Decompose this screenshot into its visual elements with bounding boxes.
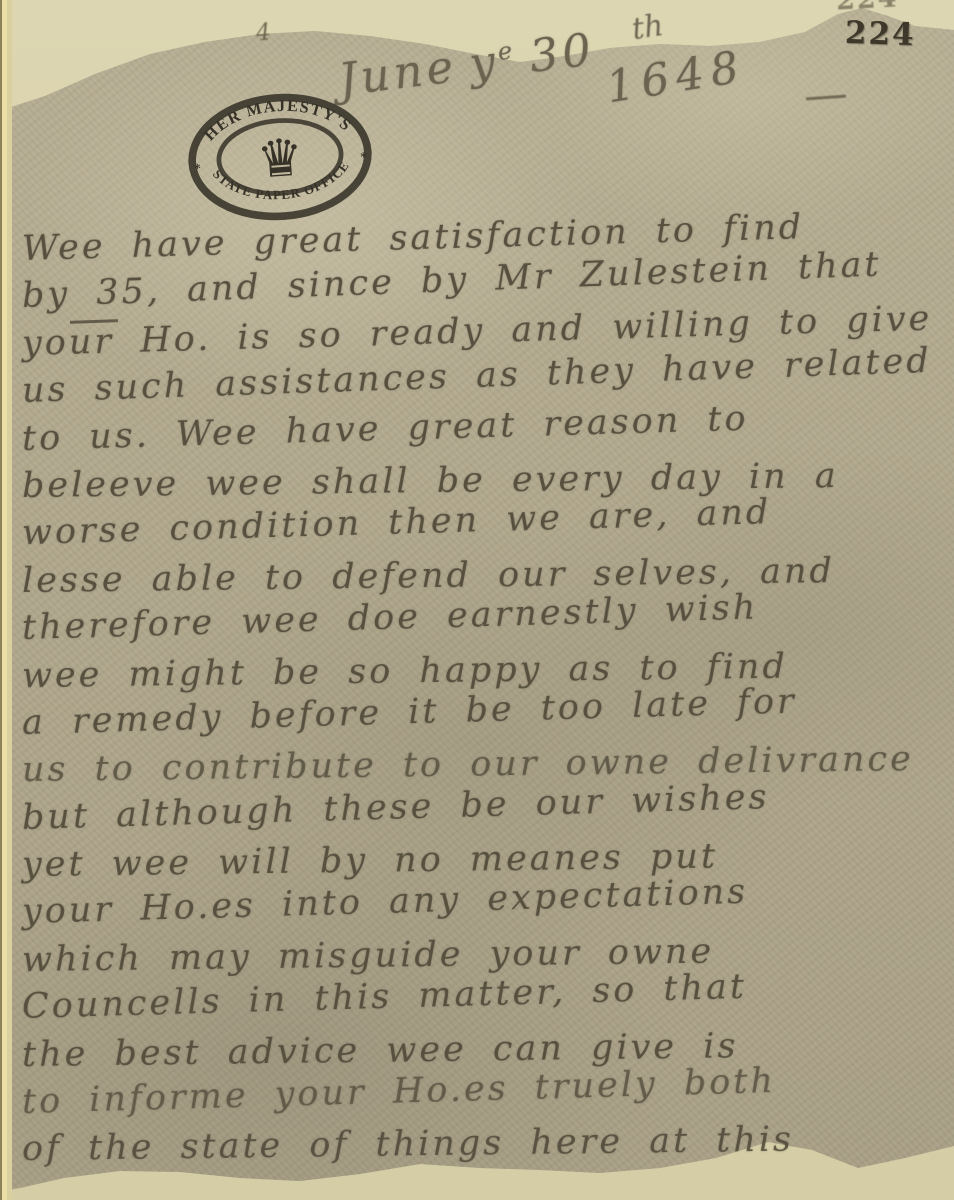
date-day-superscript: th bbox=[630, 8, 666, 47]
stamp-left-ornament: * bbox=[194, 161, 201, 175]
letter-body: Wee have great satisfaction to find by 3… bbox=[22, 226, 942, 1174]
corner-mark: 4 bbox=[255, 19, 272, 46]
book-gutter-edge bbox=[0, 0, 12, 1200]
state-paper-office-stamp: HER MAJESTY'S STATE PAPER OFFICE * * ♛ bbox=[180, 85, 381, 228]
crown-icon: ♛ bbox=[255, 128, 305, 191]
stamp-right-ornament: * bbox=[360, 150, 367, 164]
date-ye-superscript: e bbox=[496, 36, 517, 66]
letter-line: of the state of things here at this bbox=[22, 1115, 943, 1174]
manuscript-scan: { "page": { "folio_number": "224", "ghos… bbox=[0, 0, 954, 1200]
folio-number: 224 bbox=[844, 15, 916, 53]
date-day: 30 bbox=[527, 23, 598, 84]
